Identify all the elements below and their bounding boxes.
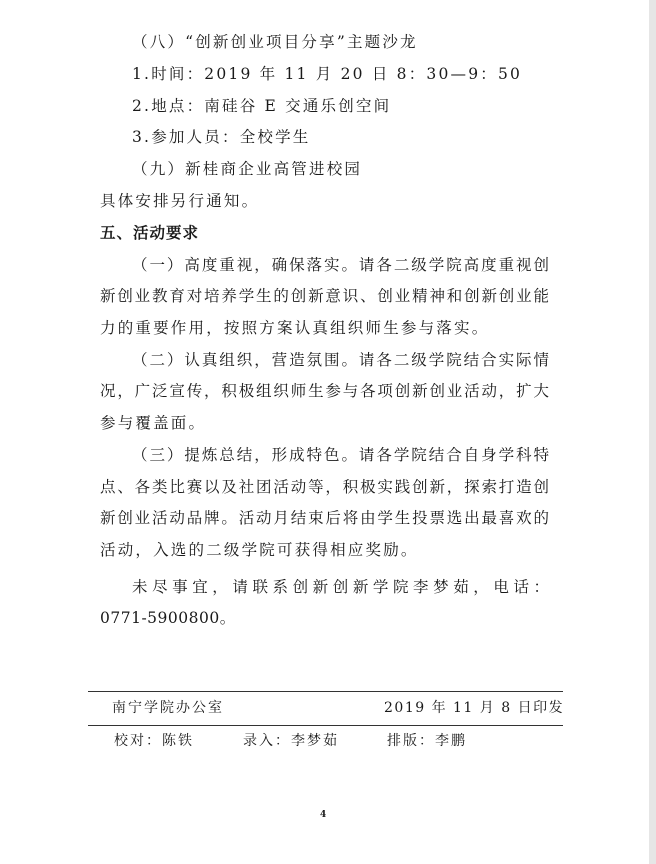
contact-phone: 0771-5900800。 [100,608,549,628]
footer-issue-date: 2019 年 11 月 8 日印发 [384,699,564,717]
footer-entry: 录入：李梦茹 [243,732,339,750]
section9-title: （九）新桂商企业高管进校园 [132,159,550,179]
section8-title: （八）“创新创业项目分享”主题沙龙 [132,32,550,52]
section9-note: 具体安排另行通知。 [100,191,549,211]
footer-typesetting: 排版：李鹏 [387,732,467,750]
section8-participants: 3.参加人员：全校学生 [132,127,550,147]
contact-line-1: 未尽事宜，请联系创新创新学院李梦茹，电话： [132,577,549,597]
footer-proofreader: 校对：陈铁 [114,732,194,750]
document-page: （八）“创新创业项目分享”主题沙龙 1.时间：2019 年 11 月 20 日 … [0,0,649,864]
req3-line-2: 点、各类比赛以及社团活动等，积极实践创新，探索打造创 [100,477,549,497]
req2-line-1: （二）认真组织，营造氛围。请各二级学院结合实际情 [132,350,549,370]
req3-line-1: （三）提炼总结，形成特色。请各学院结合自身学科特 [132,445,549,465]
req1-line-2: 新创业教育对培养学生的创新意识、创业精神和创新创业能 [100,286,549,306]
page-number: 4 [320,810,326,820]
section8-time: 1.时间：2019 年 11 月 20 日 8：30—9：50 [132,64,550,84]
footer-issuer: 南宁学院办公室 [112,699,224,717]
req1-line-1: （一）高度重视，确保落实。请各二级学院高度重视创 [132,255,549,275]
req1-line-3: 力的重要作用，按照方案认真组织师生参与落实。 [100,318,549,338]
viewer-side-strip [649,0,656,864]
req3-line-4: 活动，入选的二级学院可获得相应奖励。 [100,540,549,560]
req2-line-3: 参与覆盖面。 [100,413,549,433]
footer-top-rule [88,691,563,692]
footer-bottom-rule [88,725,563,726]
section8-place: 2.地点：南硅谷 E 交通乐创空间 [132,96,550,116]
req3-line-3: 新创业活动品牌。活动月结束后将由学生投票选出最喜欢的 [100,508,549,528]
section5-heading: 五、活动要求 [100,223,549,243]
req2-line-2: 况，广泛宣传，积极组织师生参与各项创新创业活动，扩大 [100,381,549,401]
